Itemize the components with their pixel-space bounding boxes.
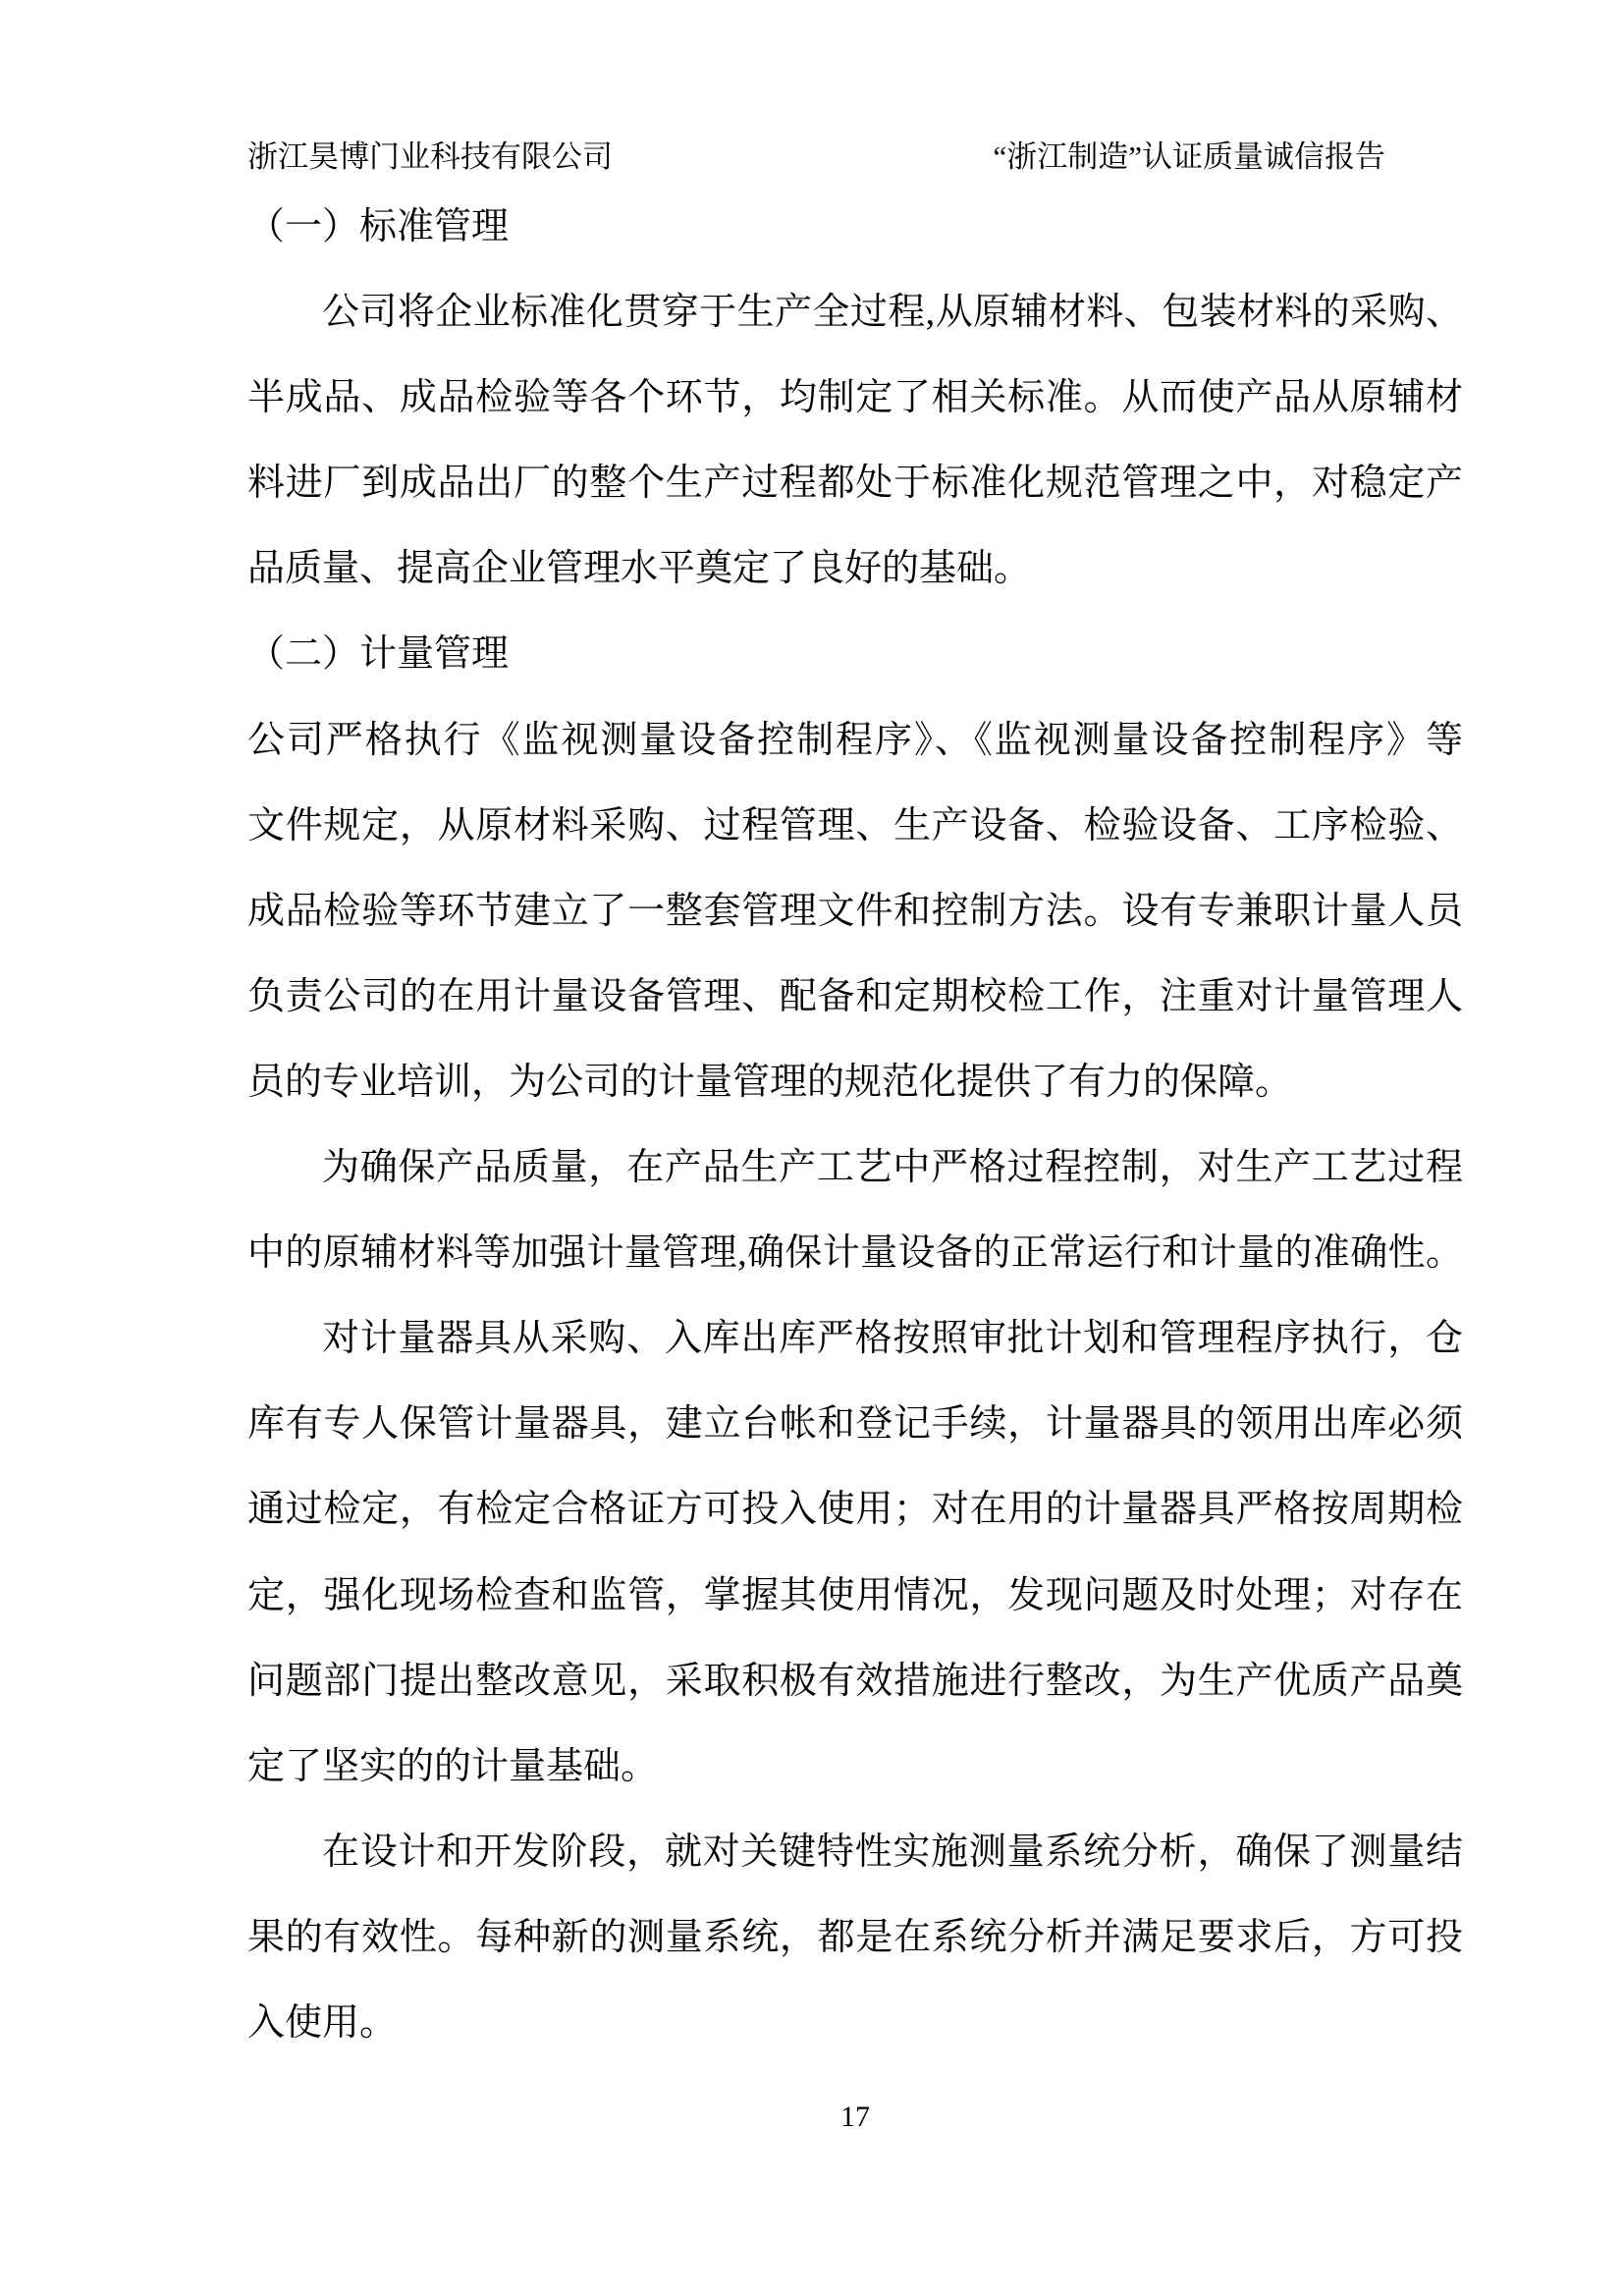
text-line: 在设计和开发阶段，就对关键特性实施测量系统分析，确保了测量结 (247, 1810, 1463, 1895)
text-line: 库有专人保管计量器具，建立台帐和登记手续，计量器具的领用出库必须 (247, 1382, 1463, 1467)
text-line: 入使用。 (247, 1981, 1463, 2066)
text-line: 负责公司的在用计量设备管理、配备和定期校检工作，注重对计量管理人 (247, 955, 1463, 1040)
text-line: 文件规定，从原材料采购、过程管理、生产设备、检验设备、工序检验、 (247, 784, 1463, 869)
text-line: 公司将企业标准化贯穿于生产全过程,从原辅材料、包装材料的采购、 (247, 270, 1463, 355)
text-line: 料进厂到成品出厂的整个生产过程都处于标准化规范管理之中，对稳定产 (247, 441, 1463, 526)
header-company-name: 浙江昊博门业科技有限公司 (247, 133, 613, 182)
text-line: 员的专业培训，为公司的计量管理的规范化提供了有力的保障。 (247, 1040, 1463, 1125)
document-page: 浙江昊博门业科技有限公司 “浙江制造”认证质量诚信报告 （一）标准管理公司将企业… (0, 0, 1623, 2296)
text-line: 果的有效性。每种新的测量系统，都是在系统分析并满足要求后，方可投 (247, 1895, 1463, 1981)
page-header: 浙江昊博门业科技有限公司 “浙江制造”认证质量诚信报告 (247, 133, 1463, 182)
text-line: 公司严格执行《监视测量设备控制程序》、《监视测量设备控制程序》等 (247, 698, 1463, 784)
text-line: （一）标准管理 (247, 185, 1463, 270)
text-line: 定，强化现场检查和监管，掌握其使用情况，发现问题及时处理；对存在 (247, 1554, 1463, 1639)
text-line: 定了坚实的的计量基础。 (247, 1724, 1463, 1810)
header-report-title: “浙江制造”认证质量诚信报告 (993, 133, 1385, 182)
page-footer: 17 (247, 2090, 1463, 2145)
page-number: 17 (840, 2101, 870, 2133)
text-line: 中的原辅材料等加强计量管理,确保计量设备的正常运行和计量的准确性。 (247, 1211, 1463, 1296)
document-body: （一）标准管理公司将企业标准化贯穿于生产全过程,从原辅材料、包装材料的采购、半成… (247, 185, 1463, 2066)
text-line: 半成品、成品检验等各个环节，均制定了相关标准。从而使产品从原辅材 (247, 355, 1463, 441)
text-line: 对计量器具从采购、入库出库严格按照审批计划和管理程序执行，仓 (247, 1296, 1463, 1382)
text-line: 品质量、提高企业管理水平奠定了良好的基础。 (247, 526, 1463, 612)
text-line: 为确保产品质量，在产品生产工艺中严格过程控制，对生产工艺过程 (247, 1125, 1463, 1211)
text-line: 成品检验等环节建立了一整套管理文件和控制方法。设有专兼职计量人员 (247, 869, 1463, 955)
text-line: （二）计量管理 (247, 612, 1463, 697)
text-line: 问题部门提出整改意见，采取积极有效措施进行整改，为生产优质产品奠 (247, 1639, 1463, 1724)
text-line: 通过检定，有检定合格证方可投入使用；对在用的计量器具严格按周期检 (247, 1467, 1463, 1553)
